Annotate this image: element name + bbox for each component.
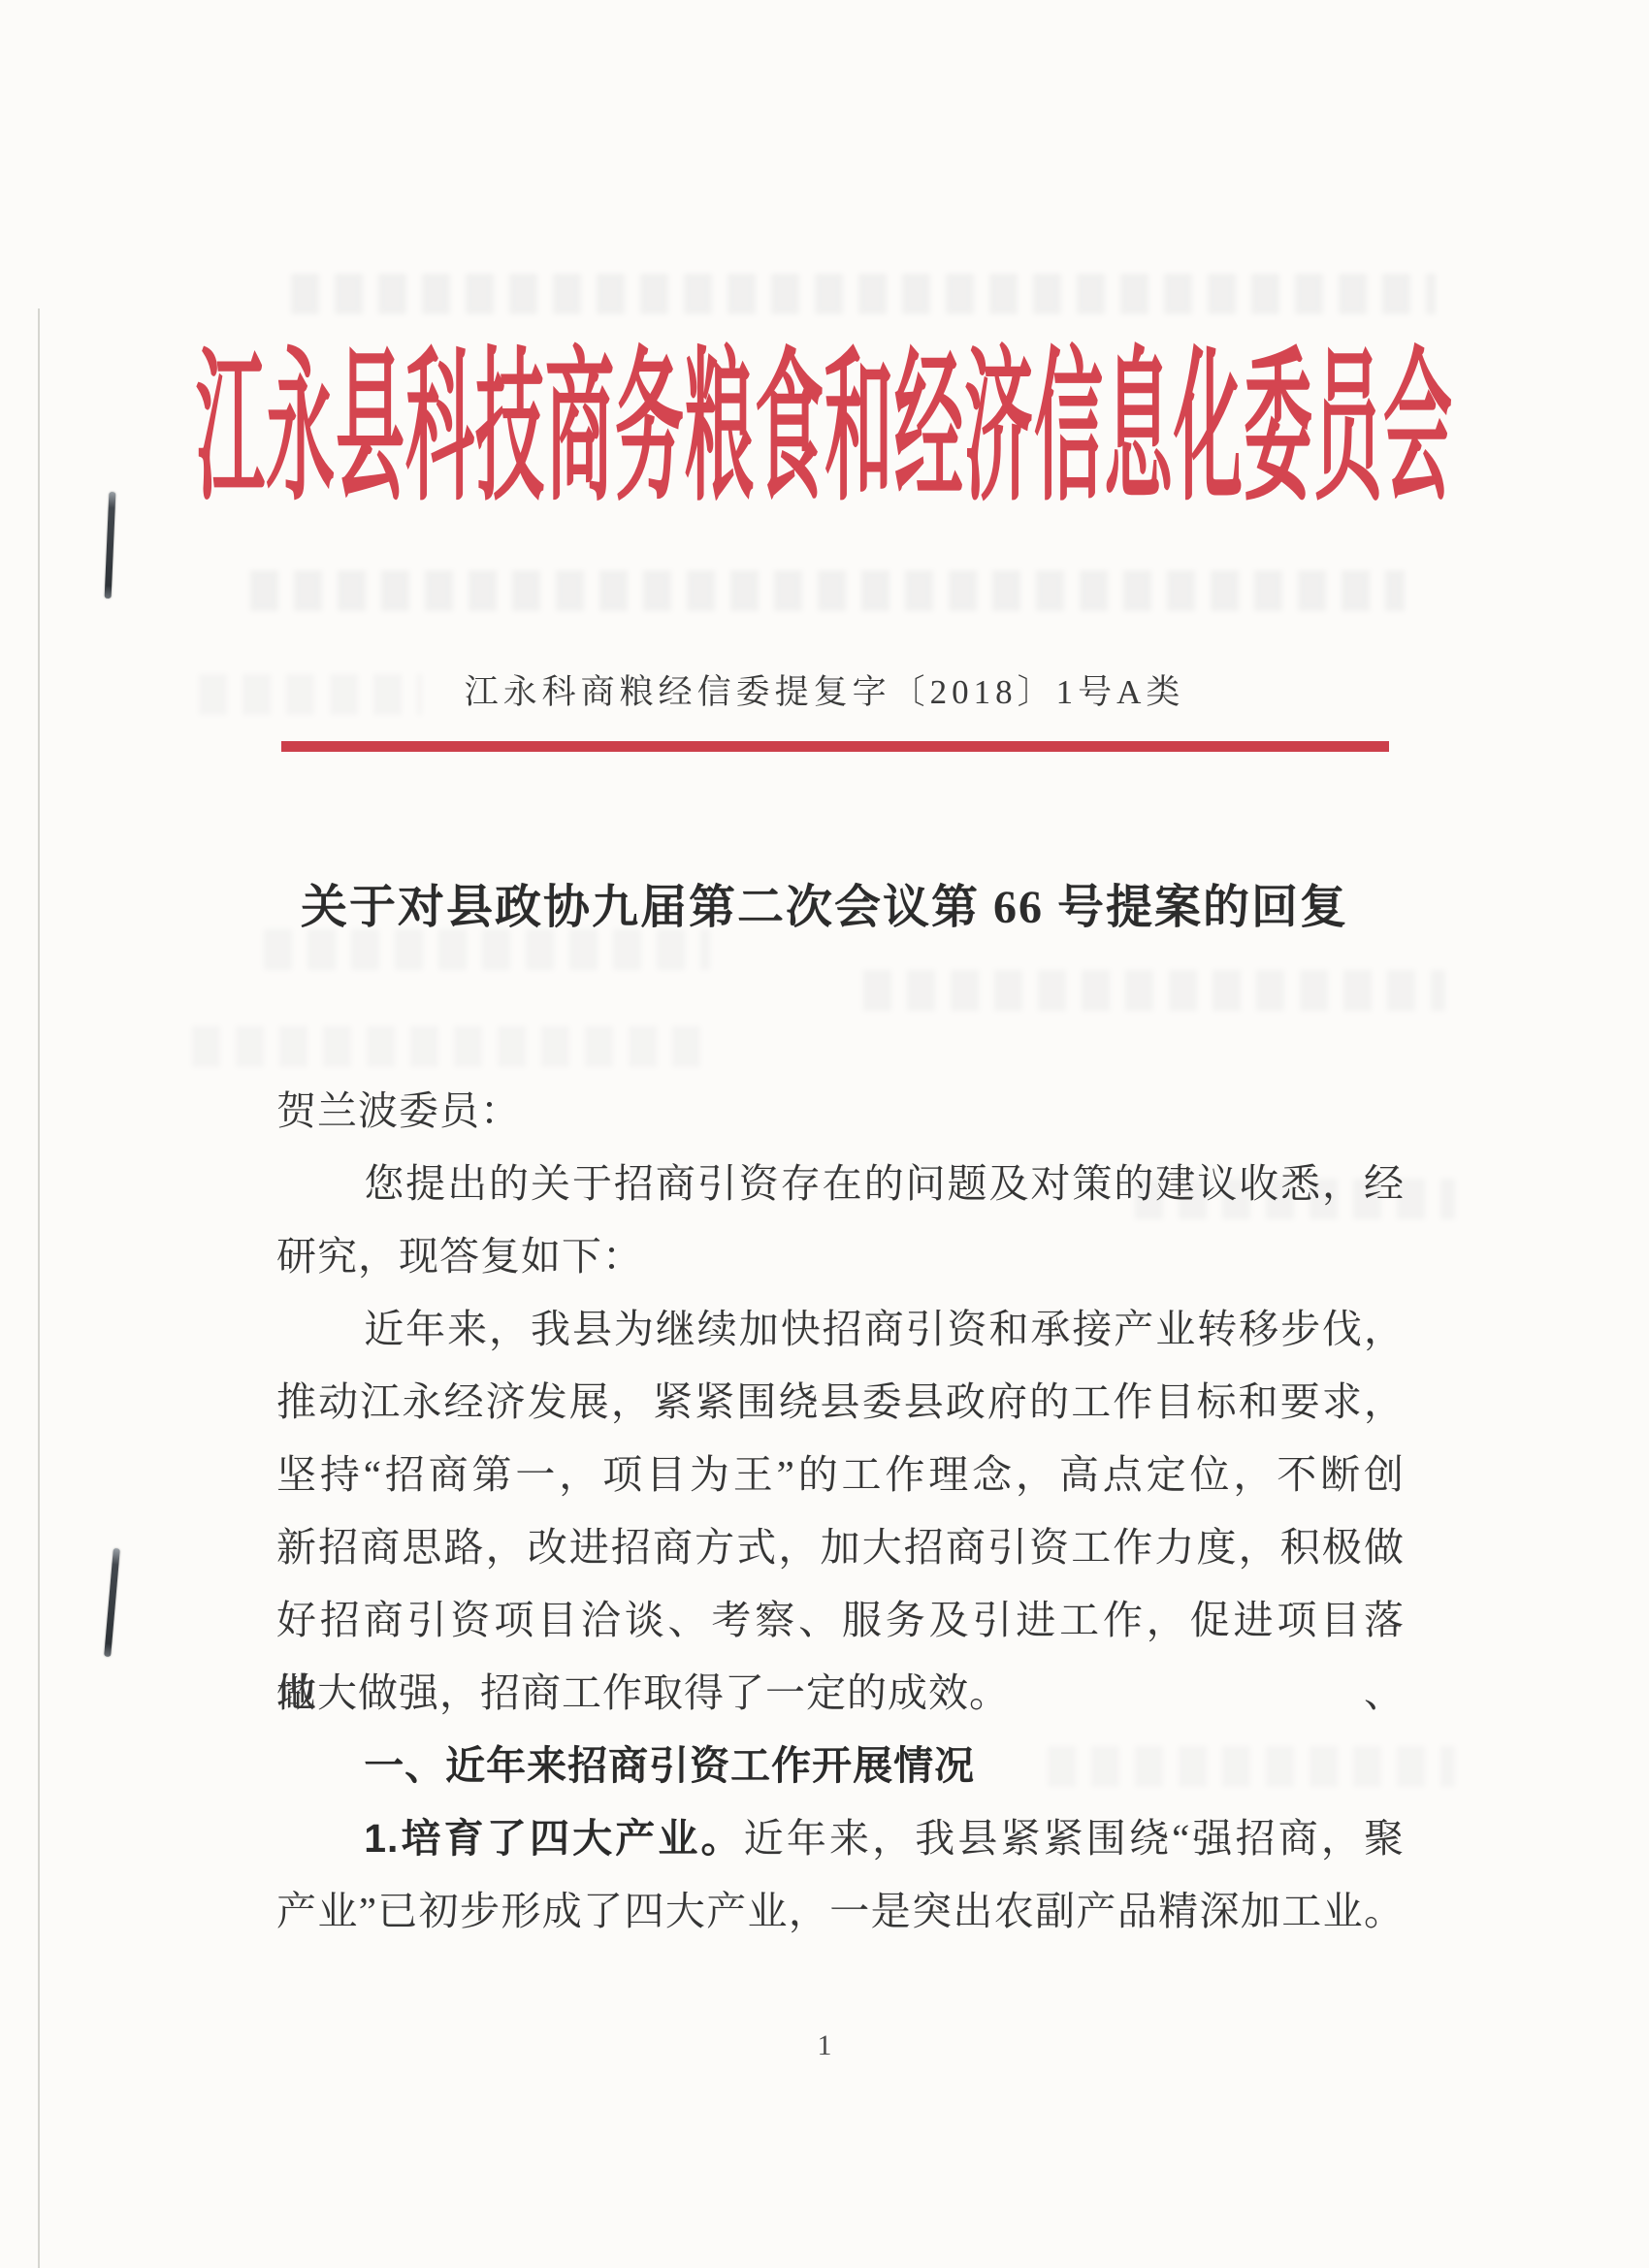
body-line: 好招商引资项目洽谈、考察、服务及引进工作，促进项目落地、 <box>276 1584 1405 1657</box>
bleed-through-text <box>192 1026 716 1067</box>
agency-name: 江永县科技商务粮食和经济信息化委员会 <box>196 349 1453 514</box>
section-heading: 一、近年来招商引资工作开展情况 <box>276 1730 1405 1802</box>
body-line: 推动江永经济发展，紧紧围绕县委县政府的工作目标和要求， <box>276 1366 1405 1439</box>
scanned-document-page: 江永县科技商务粮食和经济信息化委员会 江永科商粮经信委提复字〔2018〕1号A类… <box>0 0 1649 2268</box>
body-line: 1.培育了四大产业。近年来，我县紧紧围绕“强招商，聚 <box>276 1802 1405 1875</box>
bleed-through-text <box>250 570 1405 611</box>
body-line: 坚持“招商第一，项目为王”的工作理念，高点定位，不断创 <box>276 1439 1405 1511</box>
staple-mark-top <box>105 492 116 599</box>
body-line-text: 近年来，我县紧紧围绕“强招商，聚 <box>744 1816 1405 1861</box>
bleed-through-text <box>291 274 1436 314</box>
body-line: 产业”已初步形成了四大产业，一是突出农副产品精深加工业。 <box>276 1875 1405 1948</box>
body-line: 研究，现答复如下： <box>276 1220 1405 1293</box>
scan-edge-line <box>38 308 40 2268</box>
bleed-through-text <box>863 970 1445 1011</box>
document-title: 关于对县政协九届第二次会议第 66 号提案的回复 <box>0 869 1649 936</box>
bold-lead-text: 1.培育了四大产业。 <box>364 1816 743 1861</box>
body-line: 新招商思路，改进招商方式，加大招商引资工作力度，积极做 <box>276 1511 1405 1584</box>
document-body: 贺兰波委员： 您提出的关于招商引资存在的问题及对策的建议收悉，经 研究，现答复如… <box>276 1075 1405 1948</box>
red-header-rule <box>281 741 1389 752</box>
page-number: 1 <box>0 2029 1649 2062</box>
document-number: 江永科商粮经信委提复字〔2018〕1号A类 <box>0 665 1649 714</box>
salutation: 贺兰波委员： <box>276 1075 1405 1148</box>
agency-header: 江永县科技商务粮食和经济信息化委员会 <box>0 398 1649 467</box>
body-line: 您提出的关于招商引资存在的问题及对策的建议收悉，经 <box>276 1148 1405 1220</box>
staple-mark-bottom <box>104 1548 120 1657</box>
body-line: 近年来，我县为继续加快招商引资和承接产业转移步伐， <box>276 1293 1405 1366</box>
